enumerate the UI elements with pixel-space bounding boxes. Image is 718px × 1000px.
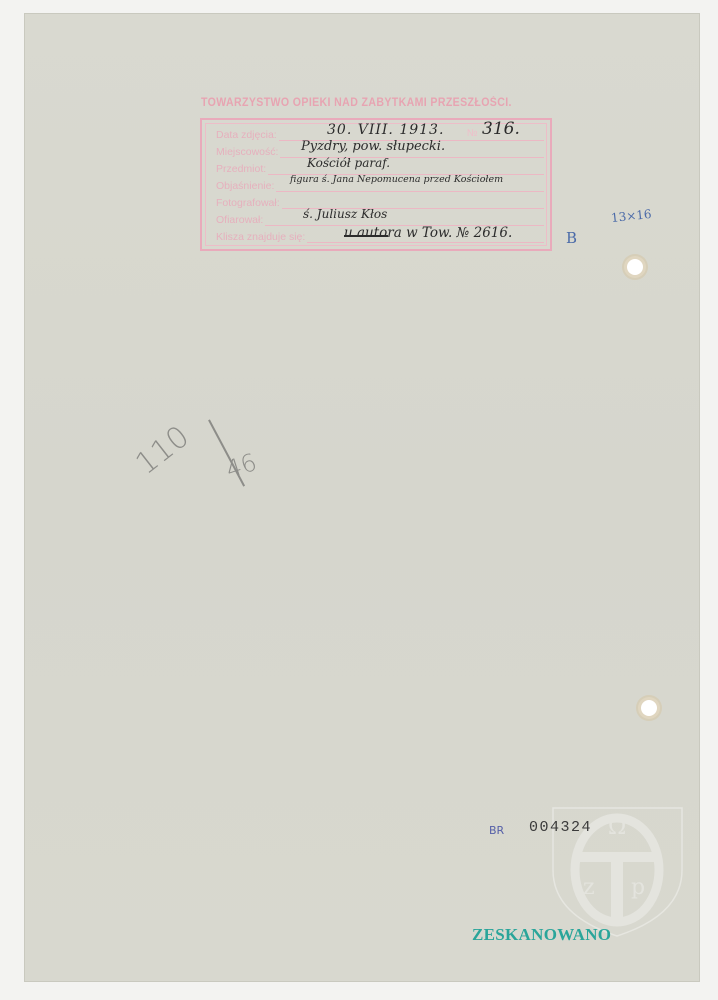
scanned-stamp: ZESKANOWANO bbox=[472, 925, 611, 945]
stamp-society-title: TOWARZYSTWO OPIEKI NAD ZABYTKAMI PRZESZŁ… bbox=[201, 97, 532, 109]
handwritten-donor: ś. Juliusz Kłos bbox=[303, 207, 387, 221]
handwritten-description: figura ś. Jana Nepomucena przed Kościołe… bbox=[290, 174, 503, 185]
binder-hole-bottom bbox=[641, 700, 657, 716]
field-label: Objaśnienie: bbox=[216, 180, 276, 192]
inventory-number: 004324 bbox=[529, 819, 592, 836]
handwritten-photo-number: 316. bbox=[482, 119, 520, 139]
binder-hole-top bbox=[627, 259, 643, 275]
strikethrough-mark bbox=[344, 235, 388, 237]
handwritten-negative-location: u autora w Tow. № 2616. bbox=[344, 225, 512, 241]
field-label: Fotografował: bbox=[216, 197, 282, 209]
handwritten-locality: Pyzdry, pow. słupecki. bbox=[301, 139, 445, 154]
svg-text:Ω: Ω bbox=[608, 815, 626, 840]
field-label: Klisza znajduje się: bbox=[216, 231, 307, 243]
svg-text:z: z bbox=[583, 875, 595, 900]
collection-code: BR bbox=[489, 824, 504, 837]
plate-suffix-annotation: B bbox=[566, 229, 577, 247]
field-label: Ofiarował: bbox=[216, 214, 265, 226]
field-label: Miejscowość: bbox=[216, 146, 280, 158]
field-label: Data zdjęcia: bbox=[216, 129, 279, 141]
handwritten-date: 30. VIII. 1913. bbox=[327, 122, 444, 138]
handwritten-subject: Kościół paraf. bbox=[307, 156, 390, 170]
field-label: Przedmiot: bbox=[216, 163, 268, 175]
svg-text:p: p bbox=[631, 875, 645, 900]
number-label: № bbox=[467, 128, 478, 139]
